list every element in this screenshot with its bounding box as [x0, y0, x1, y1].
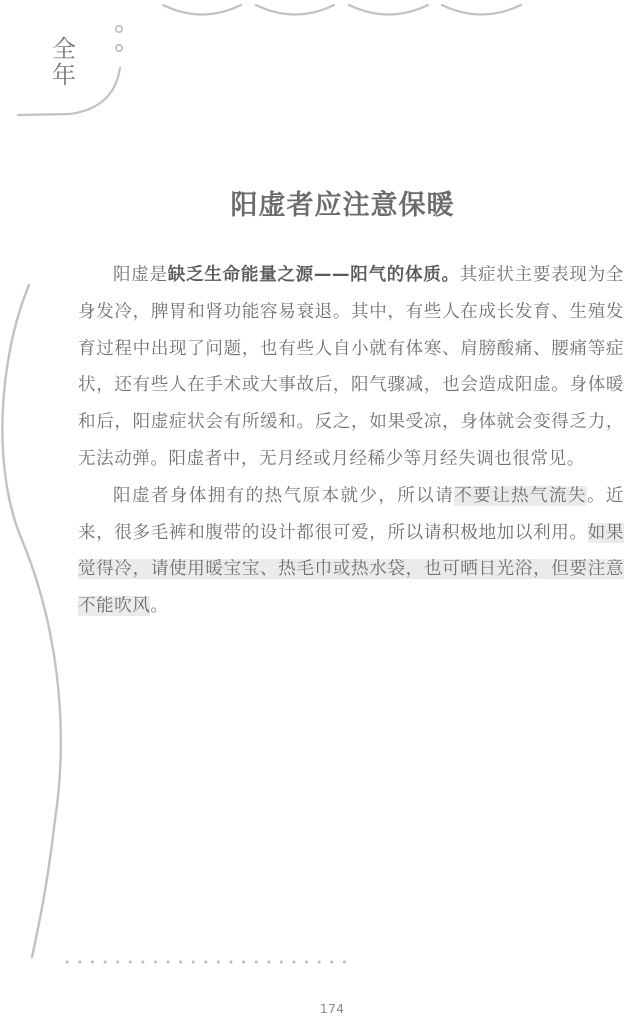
article-title: 阳虚者应注意保暖: [0, 183, 625, 222]
paragraph-text: 阳虚者身体拥有的热气原本就少，所以请: [113, 486, 454, 506]
paragraph-1: 阳虚是缺乏生命能量之源——阳气的体质。其症状主要表现为全身发冷，脾胃和肾功能容易…: [78, 257, 624, 478]
corner-circle-2: [116, 45, 122, 51]
chapter-label: 全 年: [49, 36, 79, 88]
page-number: 174: [320, 1002, 344, 1016]
paragraph-text: 阳虚是: [113, 265, 168, 285]
dotted-divider: [61, 960, 351, 964]
article-body: 阳虚是缺乏生命能量之源——阳气的体质。其症状主要表现为全身发冷，脾胃和肾功能容易…: [78, 257, 624, 625]
top-arc-4: [442, 5, 521, 15]
chapter-label-char-2: 年: [49, 62, 79, 88]
key-phrase-bold: 缺乏生命能量之源——阳气的体质。: [168, 265, 460, 285]
side-wave: [2, 285, 60, 957]
top-arc-1: [163, 5, 241, 15]
paragraph-2: 阳虚者身体拥有的热气原本就少，所以请不要让热气流失。近来，很多毛裤和腹带的设计都…: [78, 478, 624, 625]
chapter-label-char-1: 全: [49, 36, 79, 62]
top-arc-2: [256, 5, 334, 15]
paragraph-text: 其症状主要表现为全身发冷，脾胃和肾功能容易衰退。其中，有些人在成长发育、生殖发育…: [78, 265, 624, 469]
highlighted-phrase: 不要让热气流失: [454, 486, 587, 506]
corner-circle-1: [116, 26, 122, 32]
paragraph-text: 。: [150, 596, 168, 616]
top-arc-3: [349, 5, 428, 15]
